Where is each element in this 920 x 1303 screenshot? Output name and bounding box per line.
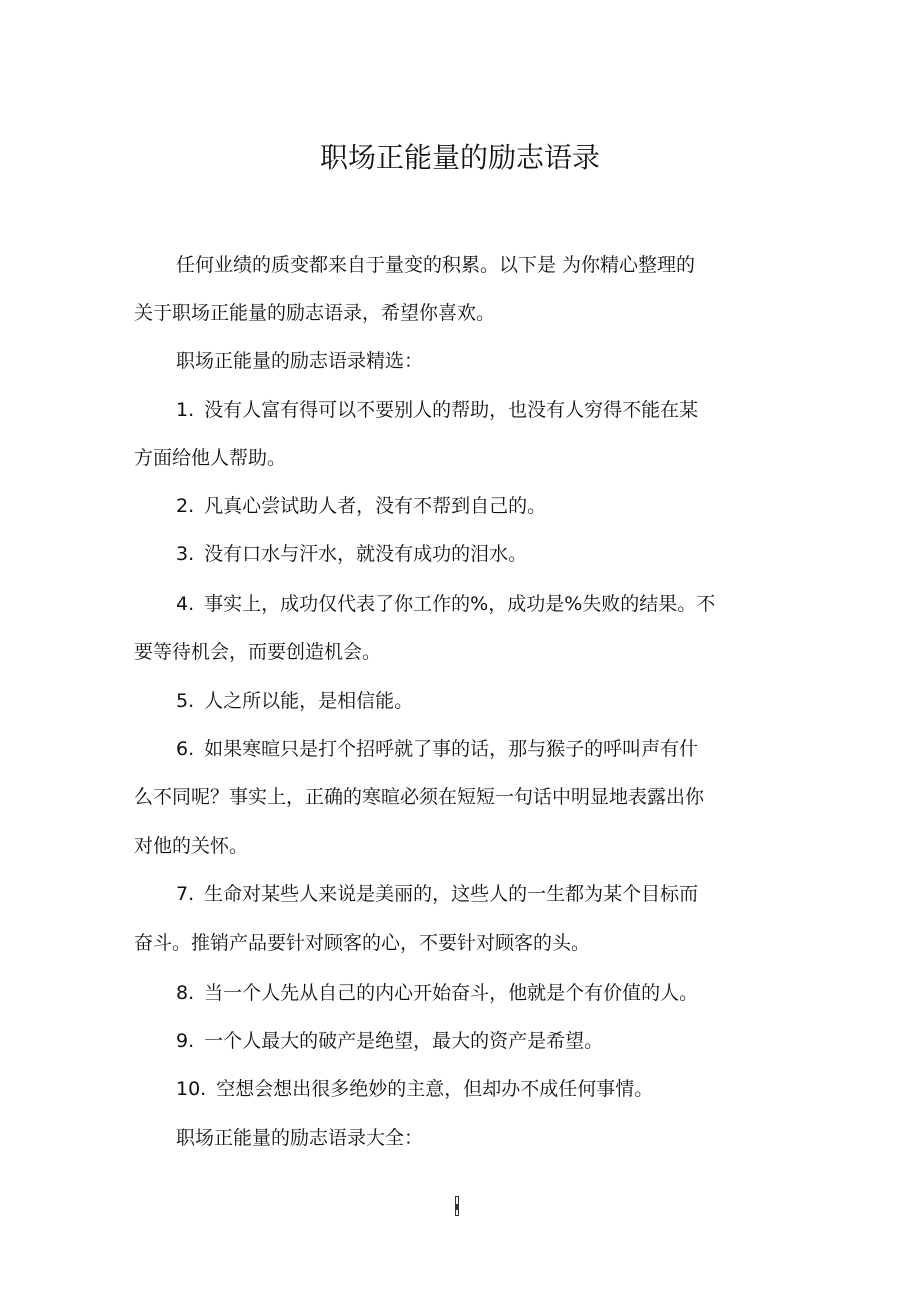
intro-paragraph-line-1: 任何业绩的质变都来自于量变的积累。以下是 为你精心整理的	[176, 252, 695, 278]
list-item-4: 4.事实上，成功仅代表了你工作的%，成功是%失败的结果。不	[176, 591, 715, 617]
document-title: 职场正能量的励志语录	[0, 138, 920, 178]
list-item-number: 7.	[176, 883, 194, 905]
list-item-6-continuation-1: 么不同呢？事实上，正确的寒暄必须在短短一句话中明显地表露出你	[134, 784, 704, 810]
list-item-5: 5.人之所以能，是相信能。	[176, 688, 413, 714]
list-item-3: 3.没有口水与汗水，就没有成功的泪水。	[176, 541, 527, 567]
list-item-9: 9.一个人最大的破产是绝望，最大的资产是希望。	[176, 1028, 603, 1054]
list-item-text: 如果寒暄只是打个招呼就了事的话，那与猴子的呼叫声有什	[204, 738, 698, 760]
list-item-number: 4.	[176, 593, 194, 615]
page-number-glyph-icon	[455, 1196, 459, 1216]
list-item-1-continuation: 方面给他人帮助。	[134, 445, 286, 471]
list-item-text: 人之所以能，是相信能。	[204, 690, 413, 712]
list-item-number: 6.	[176, 738, 194, 760]
list-item-6: 6.如果寒暄只是打个招呼就了事的话，那与猴子的呼叫声有什	[176, 736, 698, 762]
list-item-number: 1.	[176, 399, 194, 421]
list-item-6-continuation-2: 对他的关怀。	[134, 833, 248, 859]
list-item-number: 2.	[176, 495, 194, 517]
list-item-1: 1.没有人富有得可以不要别人的帮助，也没有人穷得不能在某	[176, 397, 698, 423]
list-item-4-continuation: 要等待机会，而要创造机会。	[134, 639, 381, 665]
section-heading-all: 职场正能量的励志语录大全：	[176, 1125, 423, 1151]
list-item-text: 一个人最大的破产是绝望，最大的资产是希望。	[204, 1030, 603, 1052]
list-item-text: 没有口水与汗水，就没有成功的泪水。	[204, 543, 527, 565]
list-item-10: 10.空想会想出很多绝妙的主意，但却办不成任何事情。	[176, 1076, 653, 1102]
intro-paragraph-line-2: 关于职场正能量的励志语录，希望你喜欢。	[134, 300, 495, 326]
list-item-number: 9.	[176, 1030, 194, 1052]
list-item-7: 7.生命对某些人来说是美丽的，这些人的一生都为某个目标而	[176, 881, 698, 907]
list-item-2: 2.凡真心尝试助人者，没有不帮到自己的。	[176, 493, 546, 519]
list-item-text: 空想会想出很多绝妙的主意，但却办不成任何事情。	[216, 1078, 653, 1100]
list-item-text: 没有人富有得可以不要别人的帮助，也没有人穷得不能在某	[204, 399, 698, 421]
list-item-number: 10.	[176, 1078, 206, 1100]
list-item-7-continuation: 奋斗。推销产品要针对顾客的心，不要针对顾客的头。	[134, 930, 590, 956]
list-item-text: 生命对某些人来说是美丽的，这些人的一生都为某个目标而	[204, 883, 698, 905]
list-item-text: 当一个人先从自己的内心开始奋斗，他就是个有价值的人。	[204, 982, 698, 1004]
list-item-text: 凡真心尝试助人者，没有不帮到自己的。	[204, 495, 546, 517]
section-heading-selected: 职场正能量的励志语录精选：	[176, 348, 423, 374]
document-page: 职场正能量的励志语录 任何业绩的质变都来自于量变的积累。以下是 为你精心整理的 …	[0, 0, 920, 1303]
list-item-text: 事实上，成功仅代表了你工作的%，成功是%失败的结果。不	[204, 593, 715, 615]
list-item-number: 3.	[176, 543, 194, 565]
list-item-number: 8.	[176, 982, 194, 1004]
list-item-8: 8.当一个人先从自己的内心开始奋斗，他就是个有价值的人。	[176, 980, 698, 1006]
list-item-number: 5.	[176, 690, 194, 712]
